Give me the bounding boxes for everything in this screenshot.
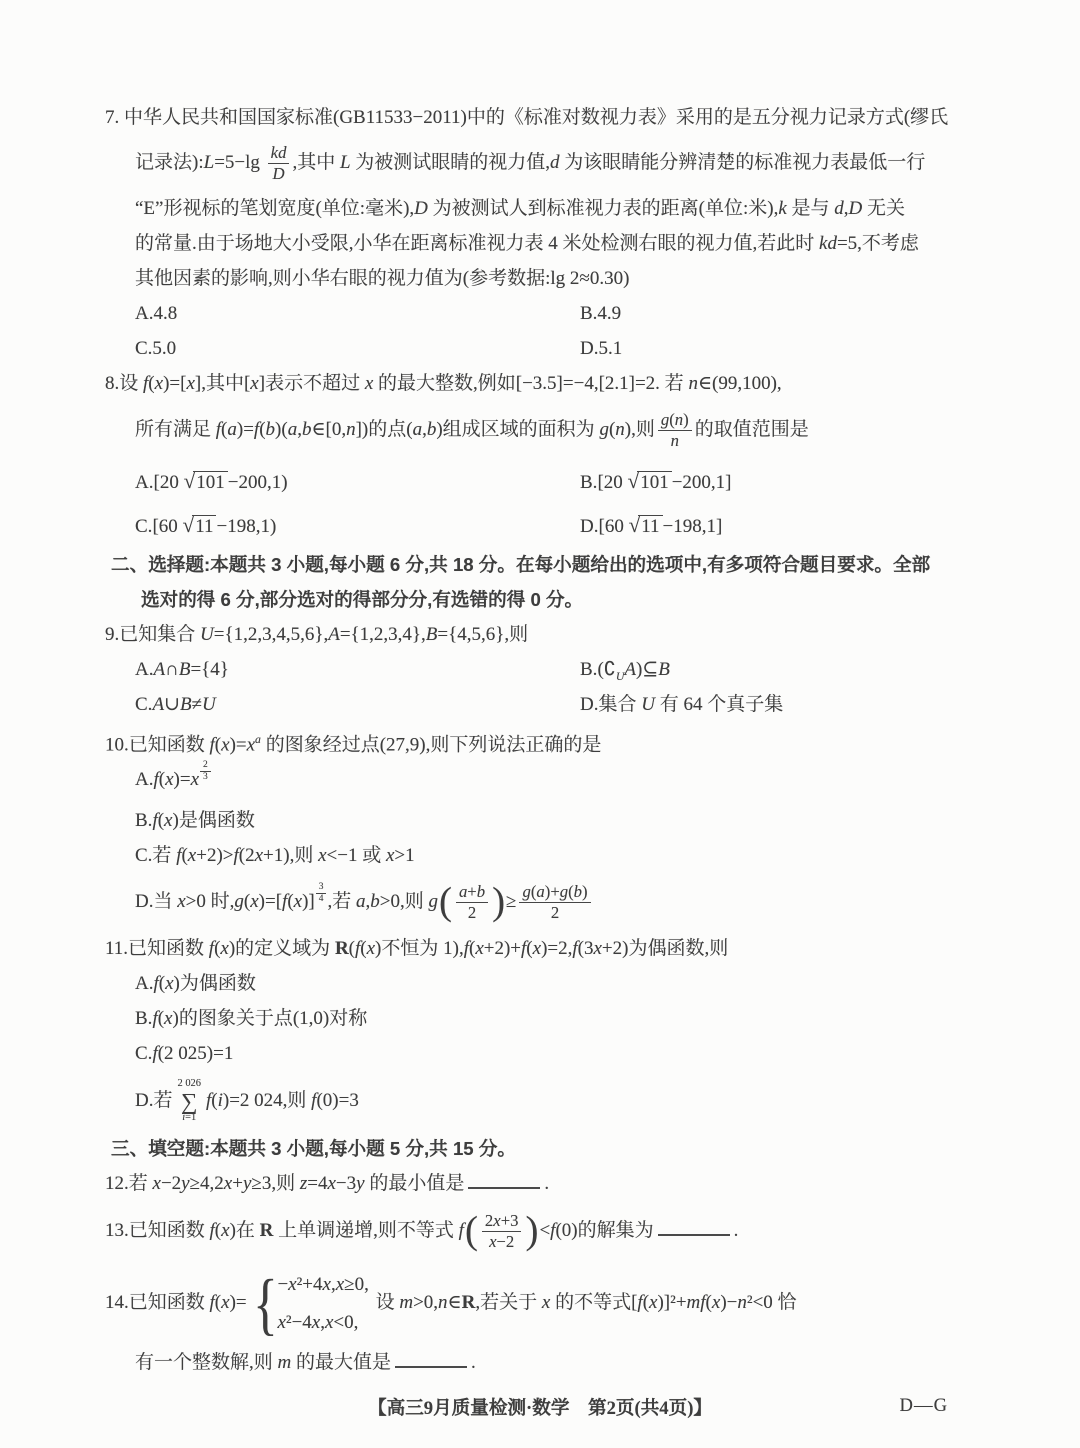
bold-math: R [335,938,349,959]
math-run: x−2y≥4,2x+y≥3 [153,1173,272,1194]
math-run: L [340,152,351,173]
section-header: 三、填空题:本题共 3 小题,每小题 5 分,共 15 分。 [105,1131,1056,1166]
math-run: f(x) [152,810,178,831]
text-run: 的不等式 [550,1292,631,1313]
text-run: 7. 中华人民共和国国家标准(GB11533−2011)中的《标准对数视力表》采… [105,107,948,128]
text-run: 12.若 [105,1173,153,1194]
text-run: C. [135,694,152,715]
text-run: 恰 [773,1292,797,1313]
math-run: m [399,1292,413,1313]
text-run: A.4.8 [135,303,177,324]
piecewise-brace: {−x²+4x,x≥0,x²−4x,x<0, [249,1262,369,1346]
math-run: f(x+2)>f(2x+1) [176,845,289,866]
text-run: ∈(99,100), [698,373,782,394]
text-run: 10.已知函数 [105,734,210,755]
radical: √101 [184,472,228,493]
math-run: g(n) [599,419,631,440]
answer-blank [395,1364,467,1368]
option-line: B.f(x)是偶函数 [105,803,1056,838]
text-run: ,其中 [292,152,340,173]
text-run: . [544,1173,549,1194]
math-run: x [365,373,373,394]
text-run: ,则 [271,1173,300,1194]
question-continuation: 其他因素的影响,则小华右眼的视力值为(参考数据:lg 2≈0.30) [105,261,1056,296]
math-run: d [550,152,560,173]
question-continuation: 记录法):L=5−lg kdD,其中 L 为被测试眼睛的视力值,d 为该眼睛能分… [105,135,1056,191]
option-cell: A.4.8 [135,296,580,331]
text-run: D.若 [135,1090,172,1111]
text-run: 是与 [787,198,835,219]
math-run: f(x)=[x] [143,373,201,394]
text-run: . [471,1352,476,1373]
text-run: ,若 [327,891,356,912]
math-run: L [204,152,215,173]
question-line: 12.若 x−2y≥4,2x+y≥3,则 z=4x−3y 的最小值是. [105,1166,1056,1201]
text-run: >0, [413,1292,438,1313]
text-run: 无关 [862,198,905,219]
text-run: 的常量.由于场地大小受限,小华在距离标准视力表 4 米处检测右眼的视力值,若此时 [135,233,819,254]
text-run: D. [580,516,598,537]
text-run: 的图象经过点(27,9),则下列说法正确的是 [261,734,601,755]
text-run: B. [135,1008,152,1029]
question-line: 14.已知函数 f(x)={−x²+4x,x≥0,x²−4x,x<0, 设 m>… [105,1261,1056,1345]
question-continuation: 有一个整数解,则 m 的最大值是. [105,1345,1056,1380]
math-run: a,b [356,891,380,912]
question-continuation: “E”形视标的笔划宽度(单位:毫米),D 为被测试人到标准视力表的距离(单位:米… [105,191,1056,226]
text-run: 表示不超过 [265,373,365,394]
question-line: 11.已知函数 f(x)的定义域为 R(f(x)不恒为 1),f(x+2)+f(… [105,931,1056,966]
fraction-exponent: 34 [316,882,327,906]
text-run: 其他因素的影响,则小华右眼的视力值为(参考数据:lg 2≈0.30) [135,268,629,289]
math-run: x [177,891,185,912]
question-line: 9.已知集合 U={1,2,3,4,5,6},A={1,2,3,4},B={4,… [105,617,1056,652]
options-row: A.A∩B={4}B.(∁UA)⊆B [105,652,1056,687]
math-run: −198,1] [663,516,723,537]
options-row: C.5.0D.5.1 [105,331,1056,366]
math-run: f(x+2)+f(x)=2,f(3x+2) [464,938,629,959]
math-run: [60 [152,516,182,537]
text-run: ,则 [283,1090,312,1111]
text-run: 11.已知函数 [105,938,209,959]
text-run: 为被测试人到标准视力表的距离(单位:米), [428,198,778,219]
question-line: 10.已知函数 f(x)=xa 的图象经过点(27,9),则下列说法正确的是 [105,722,1056,757]
text-run: 上单调递增,则不等式 [273,1220,458,1241]
radical: √11 [183,516,217,537]
exam-page: 7. 中华人民共和国国家标准(GB11533−2011)中的《标准对数视力表》采… [0,0,1080,1448]
question-line: 13.已知函数 f(x)在 R 上单调递增,则不等式 f(2x+3x−2)<f(… [105,1201,1056,1261]
text-run: 所有满足 [135,419,216,440]
big-paren: ) [525,1212,538,1251]
text-run: >0,则 [380,891,429,912]
text-run: ∈ [448,1292,462,1313]
text-run: 的最小值是 [365,1173,465,1194]
option-cell: D.集合 U 有 64 个真子集 [580,687,783,722]
math-run: (∁ [597,659,615,680]
text-run: . [734,1220,739,1241]
option-cell: A.[20 √101−200,1) [135,459,580,505]
text-run: 的定义域为 [235,938,335,959]
fraction: a+b2 [456,882,488,922]
text-run: C. [135,1043,152,1064]
text-run: A. [135,973,153,994]
text-run: 9.已知集合 [105,624,200,645]
question-line: 7. 中华人民共和国国家标准(GB11533−2011)中的《标准对数视力表》采… [105,100,1056,135]
fraction: kdD [268,143,290,183]
math-run: f(x) [153,973,179,994]
big-paren: ) [492,883,505,922]
answer-blank [468,1185,540,1189]
text-run: 的取值范围是 [695,419,809,440]
option-cell: D.5.1 [580,331,622,366]
math-run: (f(x) [349,938,382,959]
fraction-exponent: 23 [200,760,211,784]
text-run: ≥ [506,891,516,912]
math-run: −198,1) [216,516,276,537]
text-run: ,若关于 [475,1292,542,1313]
option-cell: D.[60 √11−198,1] [580,503,722,549]
big-paren: ( [465,1212,478,1251]
text-run: 三、填空题:本题共 3 小题,每小题 5 分,共 15 分。 [111,1138,516,1159]
text-run: D.集合 [580,694,641,715]
page-footer: 【高三9月质量检测·数学 第2页(共4页)】 D—G [0,1394,1080,1420]
text-run: 在 [236,1220,260,1241]
math-run: f(x) [210,1220,236,1241]
math-run: n [438,1292,448,1313]
text-run: 14.已知函数 [105,1292,210,1313]
text-run: 不恒为 1), [381,938,463,959]
radical: √11 [629,516,663,537]
text-run: =5,不考虑 [837,233,919,254]
text-run: C. [135,516,152,537]
math-run: f(x) [152,1008,178,1029]
math-run: A∩B={4} [153,659,228,680]
text-run: “E”形视标的笔划宽度(单位:毫米), [135,198,414,219]
footer-code: D—G [900,1395,948,1417]
math-run: −200,1] [672,472,732,493]
math-run: A)⊆B [624,659,669,680]
text-run: C.若 [135,845,176,866]
math-run: D [414,198,428,219]
math-run: g(x)=[f(x)] [234,891,314,912]
text-run: 的图象关于点(1,0)对称 [179,1008,367,1029]
question-continuation: 所有满足 f(a)=f(b)(a,b∈[0,n])的点(a,b)组成区域的面积为… [105,401,1056,459]
text-run: ,其中 [201,373,244,394]
math-run: f(a)=f(b)(a,b∈[0,n]) [216,419,368,440]
footer-title: 【高三9月质量检测·数学 第2页(共4页)】 [368,1398,712,1419]
math-run: [x] [244,373,265,394]
text-run: A. [135,769,153,790]
text-run: 二、选择题:本题共 3 小题,每小题 6 分,共 18 分。在每小题给出的选项中… [111,554,930,575]
text-run: 是偶函数 [179,810,255,831]
math-run: f(x)=x [153,769,199,790]
text-run: 为偶函数,则 [628,938,728,959]
math-run: f(i)=2 024 [206,1090,283,1111]
text-run: D.当 [135,891,177,912]
options-row: A.4.8B.4.9 [105,296,1056,331]
option-cell: C.[60 √11−198,1) [135,503,580,549]
math-run: f(x) [209,938,235,959]
options-row: C.[60 √11−198,1)D.[60 √11−198,1] [105,503,1056,547]
text-run: D.5.1 [580,338,622,359]
option-cell: C.A∪B≠U [135,687,580,722]
text-run: C.5.0 [135,338,176,359]
text-run: >0 时, [186,891,235,912]
text-run: 设 [371,1292,400,1313]
big-paren: ( [439,883,452,922]
question-line: 8.设 f(x)=[x],其中[x]表示不超过 x 的最大整数,例如[−3.5]… [105,366,1056,401]
text-run: 有 64 个真子集 [655,694,783,715]
text-run: =5−lg [214,152,264,173]
math-run: <f(0) [539,1220,577,1241]
text-run: 的最大值是 [291,1352,391,1373]
text-run: A. [135,472,153,493]
text-run: B. [580,659,597,680]
text-run: 有一个整数解,则 [135,1352,278,1373]
answer-blank [658,1232,730,1236]
option-line: A.f(x)为偶函数 [105,966,1056,1001]
math-run: f(2 025)=1 [152,1043,233,1064]
radical: √101 [628,472,672,493]
question-continuation: 的常量.由于场地大小受限,小华在距离标准视力表 4 米处检测右眼的视力值,若此时… [105,226,1056,261]
option-cell: A.A∩B={4} [135,652,580,687]
section-header-continuation: 选对的得 6 分,部分选对的得部分分,有选错的得 0 分。 [105,582,1056,617]
option-cell: B.[20 √101−200,1] [580,459,731,505]
math-run: [f(x)]²+mf(x)−n²<0 [631,1292,773,1313]
math-run: m [278,1352,292,1373]
section-header: 二、选择题:本题共 3 小题,每小题 6 分,共 18 分。在每小题给出的选项中… [105,547,1056,582]
option-line: C.f(2 025)=1 [105,1036,1056,1071]
math-run: z=4x−3y [300,1173,365,1194]
option-line: A.f(x)=x23 [105,757,1056,803]
options-row: A.[20 √101−200,1)B.[20 √101−200,1] [105,459,1056,503]
fraction: 2x+3x−2 [482,1211,522,1251]
text-run: 为该眼睛能分辨清楚的标准视力表最低一行 [560,152,926,173]
text-run: <−1 或 [327,845,386,866]
math-run: k [778,198,786,219]
math-run: A∪B≠U [152,694,215,715]
text-run: B. [135,810,152,831]
text-run: 组成区域的面积为 [443,419,600,440]
math-run: d,D [834,198,862,219]
math-run: f(x)= [210,1292,247,1313]
math-run: (a,b) [406,419,442,440]
text-run: ,则 [504,624,528,645]
text-run: B.4.9 [580,303,621,324]
text-run: 8.设 [105,373,143,394]
option-line: C.若 f(x+2)>f(2x+1),则 x<−1 或 x>1 [105,838,1056,873]
text-run: >1 [394,845,414,866]
option-cell: B.4.9 [580,296,621,331]
text-run: 记录法): [135,152,204,173]
text-run: ,则 [631,419,655,440]
option-line: B.f(x)的图象关于点(1,0)对称 [105,1001,1056,1036]
text-run: 13.已知函数 [105,1220,210,1241]
math-run: f(0)=3 [311,1090,359,1111]
fraction: g(n)n [658,410,692,450]
math-run: [20 [153,472,183,493]
text-run: 为被测试眼睛的视力值, [351,152,551,173]
summation: 2 026∑i=1 [177,1079,200,1124]
math-run: kd [819,233,837,254]
text-run: B. [580,472,597,493]
math-run: −200,1) [228,472,288,493]
math-run: g [428,891,438,912]
math-run: [60 [598,516,628,537]
math-run: f(x)=x [210,734,256,755]
option-cell: C.5.0 [135,331,580,366]
text-run: 为偶函数 [180,973,256,994]
text-run: 选对的得 6 分,部分选对的得部分分,有选错的得 0 分。 [141,589,583,610]
text-run: 的解集为 [578,1220,654,1241]
fraction: g(a)+g(b)2 [519,882,590,922]
math-run: U={1,2,3,4,5,6},A={1,2,3,4},B={4,5,6} [200,624,504,645]
bold-math: R [462,1292,476,1313]
option-line: D.若2 026∑i=1f(i)=2 024,则 f(0)=3 [105,1071,1056,1131]
document-body: 7. 中华人民共和国国家标准(GB11533−2011)中的《标准对数视力表》采… [0,0,1080,1380]
text-run: ,则 [290,845,319,866]
options-row: C.A∪B≠UD.集合 U 有 64 个真子集 [105,687,1056,722]
math-run: n [688,373,698,394]
bold-math: R [260,1220,274,1241]
math-run: U [641,694,655,715]
math-run: x [318,845,326,866]
text-run: A. [135,659,153,680]
option-line: D.当 x>0 时,g(x)=[f(x)]34,若 a,b>0,则 g(a+b2… [105,873,1056,931]
text-run: 的最大整数,例如[−3.5]=−4,[2.1]=2. 若 [373,373,688,394]
text-run: 的点 [368,419,406,440]
math-run: f [459,1220,464,1241]
math-run: [20 [597,472,627,493]
